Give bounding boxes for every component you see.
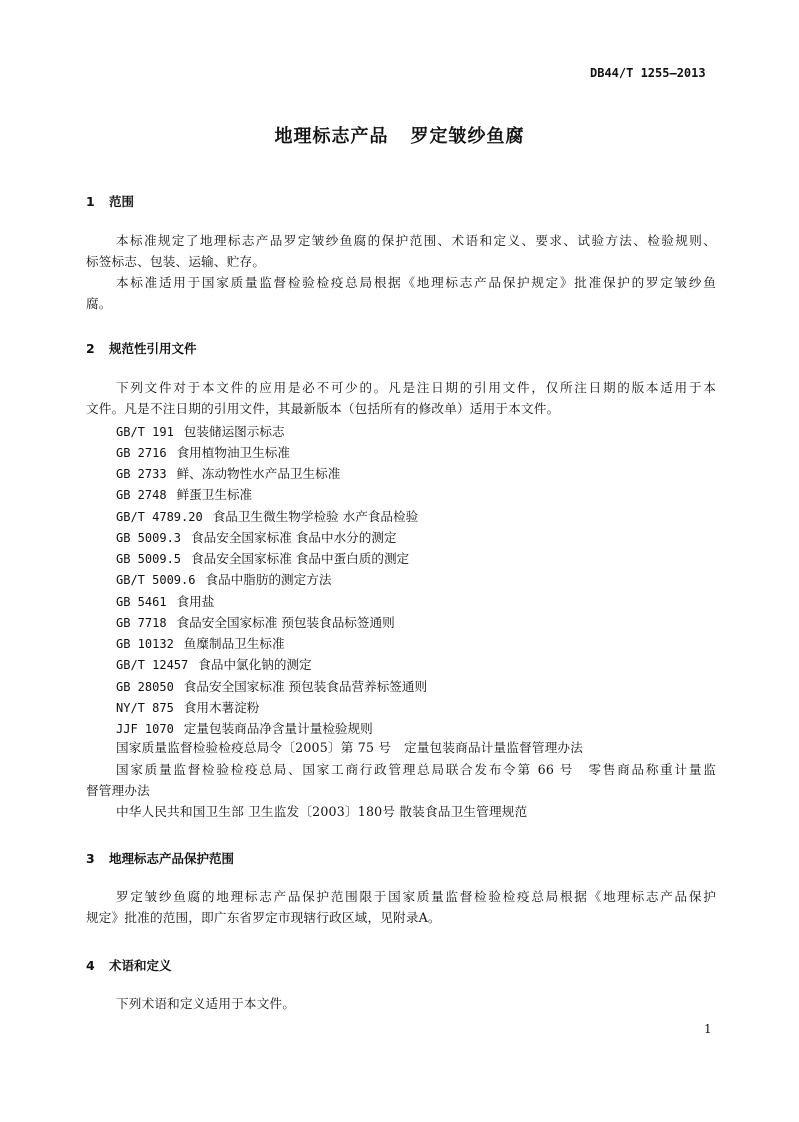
section-title: 范围 <box>109 194 134 209</box>
reference-code: GB/T 5009.6 <box>116 573 195 587</box>
reference-title: 食品卫生微生物学检验 水产食品检验 <box>213 509 419 524</box>
regulation-item-continued: 督管理办法 <box>86 780 150 801</box>
page-number: 1 <box>704 1022 712 1036</box>
reference-title: 食品安全国家标准 食品中蛋白质的测定 <box>191 551 409 566</box>
paragraph-line: 下列文件对于本文件的应用是必不可少的。凡是注日期的引用文件，仅所注日期的版本适用… <box>116 377 716 398</box>
reference-title: 食品中氯化钠的测定 <box>198 657 311 672</box>
paragraph-line: 本标准规定了地理标志产品罗定皱纱鱼腐的保护范围、术语和定义、要求、试验方法、检验… <box>116 230 716 251</box>
reference-item: NY/T 875食用木薯淀粉 <box>116 697 259 716</box>
title-part-2: 罗定皱纱鱼腐 <box>411 126 525 147</box>
reference-title: 鲜、冻动物性水产品卫生标准 <box>177 466 341 481</box>
reference-item: GB 5009.5食品安全国家标准 食品中蛋白质的测定 <box>116 548 409 567</box>
document-page: DB44/T 1255—2013 地理标志产品罗定皱纱鱼腐 1范围 本标准规定了… <box>0 0 799 1122</box>
paragraph-line: 文件。凡是不注日期的引用文件，其最新版本（包括所有的修改单）适用于本文件。 <box>86 398 559 419</box>
reference-item: GB/T 191包装储运图示标志 <box>116 421 285 440</box>
reference-code: GB 5009.3 <box>116 531 181 545</box>
standard-code: DB44/T 1255—2013 <box>590 66 706 80</box>
reference-title: 定量包装商品净含量计量检验规则 <box>184 721 373 736</box>
regulation-item: 中华人民共和国卫生部 卫生监发〔2003〕180号 散装食品卫生管理规范 <box>116 801 527 822</box>
section-number: 4 <box>86 958 109 973</box>
section-number: 2 <box>86 341 109 356</box>
reference-item: GB 5461食用盐 <box>116 591 214 610</box>
reference-title: 食用木薯淀粉 <box>184 700 260 715</box>
reference-title: 鲜蛋卫生标准 <box>177 487 253 502</box>
paragraph-line: 罗定皱纱鱼腐的地理标志产品保护范围限于国家质量监督检验检疫总局根据《地理标志产品… <box>116 886 716 907</box>
reference-title: 包装储运图示标志 <box>184 424 285 439</box>
reference-title: 鱼糜制品卫生标准 <box>184 636 285 651</box>
reference-item: GB 10132鱼糜制品卫生标准 <box>116 633 285 652</box>
title-part-1: 地理标志产品 <box>275 126 389 147</box>
reference-title: 食品安全国家标准 食品中水分的测定 <box>191 530 397 545</box>
reference-title: 食品中脂肪的测定方法 <box>205 572 331 587</box>
reference-code: GB 2733 <box>116 467 167 481</box>
regulation-item: 国家质量监督检验检疫总局、国家工商行政管理总局联合发布令第 66 号 零售商品称… <box>116 759 716 780</box>
paragraph-line: 下列术语和定义适用于本文件。 <box>116 993 295 1014</box>
reference-code: GB 5461 <box>116 595 167 609</box>
reference-code: GB/T 191 <box>116 425 174 439</box>
document-title: 地理标志产品罗定皱纱鱼腐 <box>0 122 799 148</box>
reference-code: GB/T 4789.20 <box>116 510 203 524</box>
reference-item: GB 28050食品安全国家标准 预包装食品营养标签通则 <box>116 676 427 695</box>
section-heading-4: 4术语和定义 <box>86 956 172 974</box>
reference-code: GB 28050 <box>116 680 174 694</box>
reference-item: GB/T 5009.6食品中脂肪的测定方法 <box>116 569 331 588</box>
reference-title: 食用盐 <box>177 594 215 609</box>
reference-title: 食品安全国家标准 预包装食品营养标签通则 <box>184 679 427 694</box>
section-number: 1 <box>86 194 109 209</box>
reference-item: GB 5009.3食品安全国家标准 食品中水分的测定 <box>116 527 397 546</box>
reference-code: GB 2748 <box>116 488 167 502</box>
reference-item: GB 7718食品安全国家标准 预包装食品标签通则 <box>116 612 395 631</box>
reference-code: GB/T 12457 <box>116 658 188 672</box>
reference-code: GB 2716 <box>116 446 167 460</box>
section-heading-3: 3地理标志产品保护范围 <box>86 849 234 867</box>
reference-code: GB 10132 <box>116 637 174 651</box>
reference-code: NY/T 875 <box>116 701 174 715</box>
section-number: 3 <box>86 851 109 866</box>
paragraph-line: 标签标志、包装、运输、贮存。 <box>86 251 265 272</box>
reference-title: 食用植物油卫生标准 <box>177 445 290 460</box>
regulation-item: 国家质量监督检验检疫总局令〔2005〕第 75 号 定量包装商品计量监督管理办法 <box>116 737 583 758</box>
section-heading-1: 1范围 <box>86 192 134 210</box>
section-title: 规范性引用文件 <box>109 341 197 356</box>
section-heading-2: 2规范性引用文件 <box>86 339 197 357</box>
paragraph-line: 规定》批准的范围，即广东省罗定市现辖行政区域，见附录A。 <box>86 907 441 928</box>
reference-item: GB 2716食用植物油卫生标准 <box>116 442 290 461</box>
reference-title: 食品安全国家标准 预包装食品标签通则 <box>177 615 395 630</box>
paragraph-line: 腐。 <box>86 293 112 314</box>
reference-code: JJF 1070 <box>116 722 174 736</box>
reference-item: GB 2748鲜蛋卫生标准 <box>116 484 252 503</box>
reference-code: GB 5009.5 <box>116 552 181 566</box>
section-title: 地理标志产品保护范围 <box>109 851 234 866</box>
reference-item: GB/T 4789.20食品卫生微生物学检验 水产食品检验 <box>116 506 418 525</box>
paragraph-line: 本标准适用于国家质量监督检验检疫总局根据《地理标志产品保护规定》批准保护的罗定皱… <box>116 272 716 293</box>
reference-code: GB 7718 <box>116 616 167 630</box>
reference-item: GB/T 12457食品中氯化钠的测定 <box>116 654 312 673</box>
section-title: 术语和定义 <box>109 958 172 973</box>
reference-item: GB 2733鲜、冻动物性水产品卫生标准 <box>116 463 340 482</box>
reference-item: JJF 1070定量包装商品净含量计量检验规则 <box>116 718 373 737</box>
